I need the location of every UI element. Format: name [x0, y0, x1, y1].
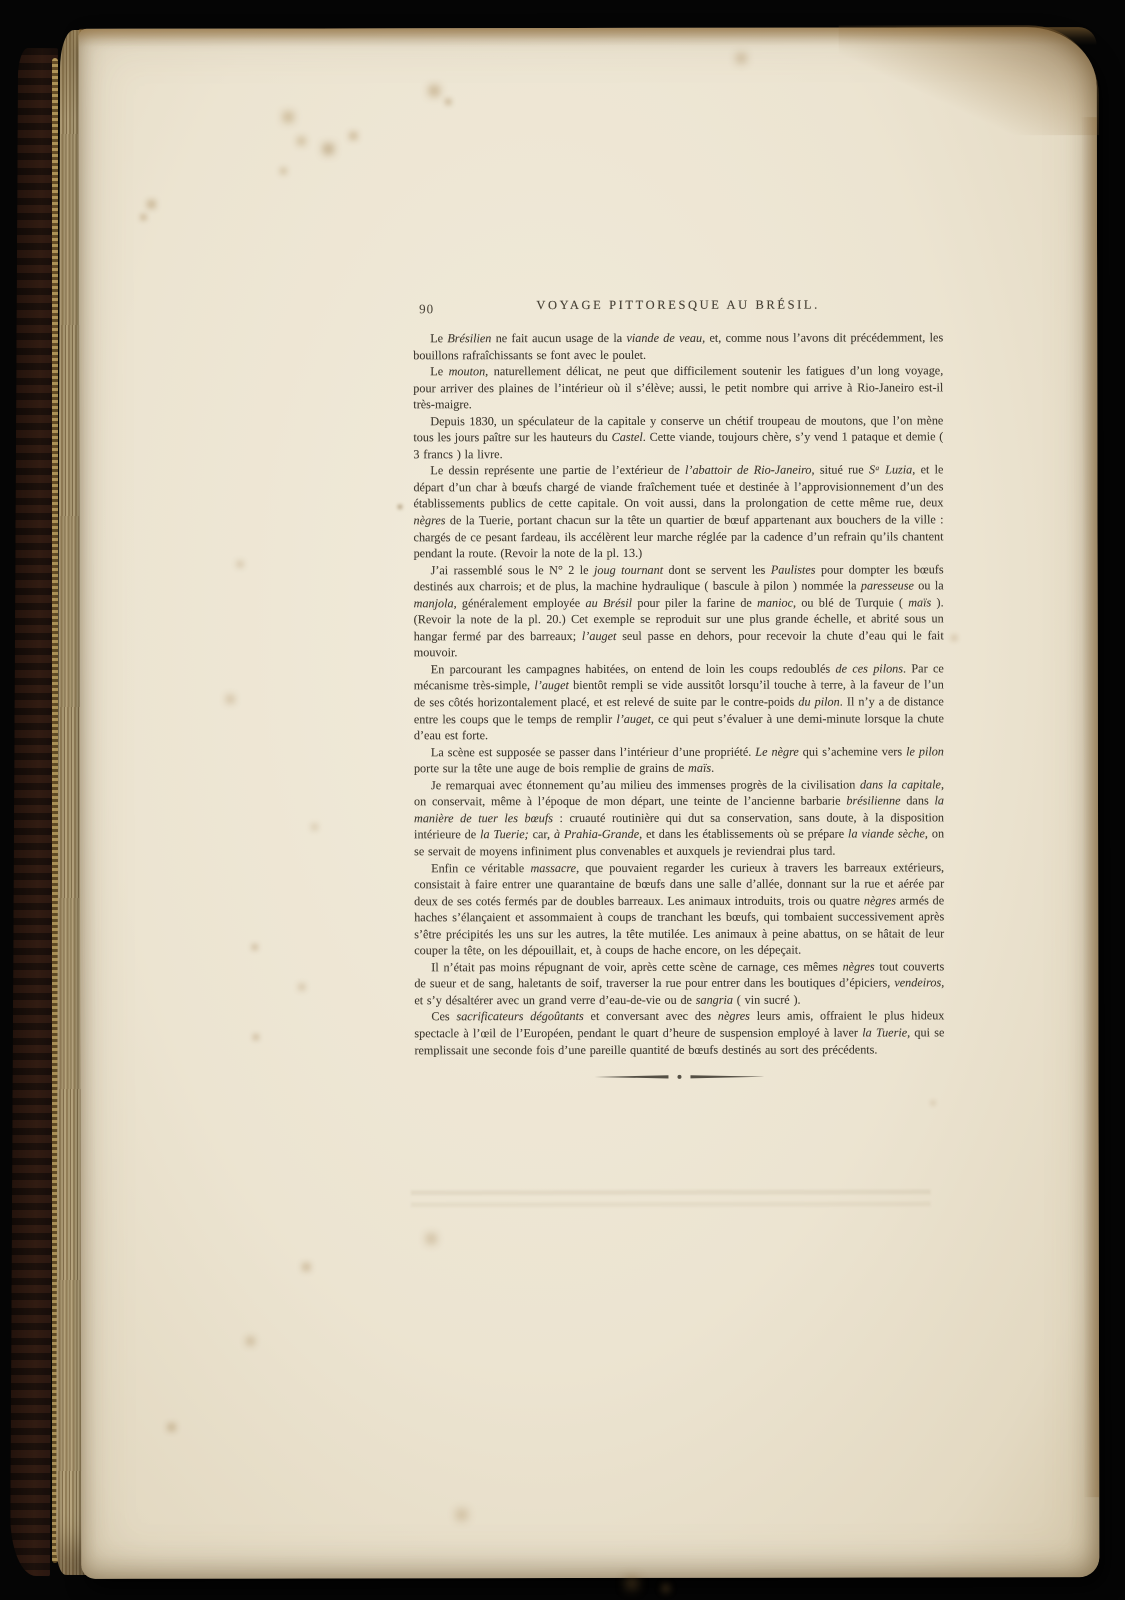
book-page: 90 VOYAGE PITTORESQUE AU BRÉSIL. Le Brés… — [79, 27, 1100, 1579]
printed-content: 90 VOYAGE PITTORESQUE AU BRÉSIL. Le Brés… — [413, 297, 944, 1081]
top-right-corner-stain — [839, 25, 1099, 135]
ink-bleedthrough — [411, 1189, 931, 1236]
right-edge-stain — [1081, 117, 1099, 1497]
paragraph: Depuis 1830, un spéculateur de la capita… — [413, 412, 943, 463]
paragraph: Il n’était pas moins répugnant de voir, … — [414, 958, 944, 1009]
paragraph: En parcourant les campagnes habitées, on… — [414, 660, 944, 744]
paragraph: Le mouton, naturellement délicat, ne peu… — [413, 362, 943, 413]
page-number: 90 — [419, 301, 434, 317]
scanned-book-photo: { "colors": { "bg": "#050505", "cover": … — [0, 0, 1125, 1600]
paragraph: Ces sacrificateurs dégoûtants et convers… — [414, 1008, 944, 1059]
paragraph: La scène est supposée se passer dans l’i… — [414, 743, 944, 777]
paragraph: Je remarquai avec étonnement qu’au milie… — [414, 776, 944, 860]
running-title: VOYAGE PITTORESQUE AU BRÉSIL. — [413, 297, 943, 313]
foxing-spots — [79, 29, 80, 30]
paragraph: Le Brésilien ne fait aucun usage de la v… — [413, 329, 943, 363]
swelled-rule-divider — [594, 1073, 764, 1081]
paragraph: Enfin ce véritable massacre, que pouvaie… — [414, 859, 944, 959]
page-header: 90 VOYAGE PITTORESQUE AU BRÉSIL. — [413, 297, 943, 318]
book-cover-spine — [10, 48, 58, 1576]
paragraph: J’ai rassemblé sous le N° 2 le joug tour… — [414, 561, 944, 661]
body-text: Le Brésilien ne fait aucun usage de la v… — [413, 329, 944, 1058]
paragraph: Le dessin représente une partie de l’ext… — [413, 462, 943, 562]
